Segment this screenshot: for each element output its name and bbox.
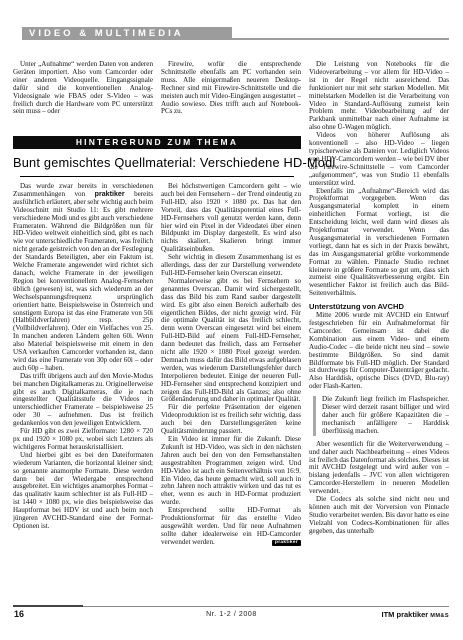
paragraph: Für die perfekte Präsentation der eigene… [161, 404, 301, 436]
feature-title: Bunt gemischtes Quellmaterial: Verschied… [13, 152, 301, 173]
callout-text: Die Zukunft liegt freilich im Flashspeic… [322, 396, 449, 436]
paragraph: Sehr wichtig in diesem Zusammenhang ist … [161, 254, 301, 278]
paragraph: Ein Video ist immer für die Zukunft. Die… [161, 436, 301, 507]
paragraph: Die Leistung von Notebooks für die Video… [309, 61, 449, 132]
intro-column-2: Firewire, wofür die entsprechende Schnit… [161, 61, 301, 133]
magazine-name: ITM praktiker MM&S [382, 610, 449, 619]
section-header: VIDEO & MULTIMEDIA [22, 27, 449, 40]
paragraph-with-end-logo: Entsprechend sollte HD-Format als Produk… [161, 507, 301, 547]
paragraph: Normalerweise gibt es bei Fernsehern so … [161, 278, 301, 405]
feature-column-2: Bei höchstwertigen Camcordern geht – wie… [161, 183, 301, 597]
feature-kicker-bar: HINTERGRUND ZUM THEMA [13, 136, 301, 149]
paragraph: Die Codecs als solche sind nicht neu und… [309, 496, 449, 536]
feature-column-1: Das wurde zwar bereits in verschiedenen … [13, 183, 153, 597]
intro-column-1: Unter „Aufnahme“ werden Daten von andere… [13, 61, 153, 133]
section-title: VIDEO & MULTIMEDIA [29, 28, 184, 39]
intro-paragraph: Unter „Aufnahme“ werden Daten von andere… [13, 61, 153, 116]
feature-title-rule [20, 176, 294, 177]
praktiker-end-logo: praktiker [272, 540, 301, 547]
paragraph: Für HD gibt es zwei Zielformate: 1280 × … [13, 428, 153, 452]
paragraph: Aber wesentlich für die Weiterverwendung… [309, 441, 449, 496]
paragraph: Videos von höherer Auflösung als konvent… [309, 132, 449, 187]
subheading-avchd: Unterstützung von AVCHD [309, 303, 449, 311]
right-column: Die Leistung von Notebooks für die Video… [309, 61, 449, 598]
section-header-bar: VIDEO & MULTIMEDIA [22, 27, 232, 40]
paragraph: Das trifft übrigens auch auf den Movie-M… [13, 373, 153, 428]
paragraph: Und hierbei gibt es bei den Dateiformate… [13, 452, 153, 531]
paragraph: Das wurde zwar bereits in verschiedenen … [13, 183, 153, 373]
callout-box: Die Zukunft liegt freilich im Flashspeic… [313, 396, 449, 436]
praktiker-brand: praktiker [397, 610, 429, 619]
magazine-page: VIDEO & MULTIMEDIA Unter „Aufnahme“ werd… [0, 0, 463, 640]
paragraph: Mitte 2006 wurde mit AVCHD ein Entwurf f… [309, 312, 449, 391]
paragraph: Bei höchstwertigen Camcordern geht – wie… [161, 183, 301, 254]
praktiker-brand: praktiker [95, 190, 125, 198]
footer-rule-left-segment [13, 605, 83, 607]
intro-paragraph: Firewire, wofür die entsprechende Schnit… [161, 61, 301, 116]
paragraph: Ebenfalls im „Aufnahme“-Bereich wird das… [309, 188, 449, 299]
